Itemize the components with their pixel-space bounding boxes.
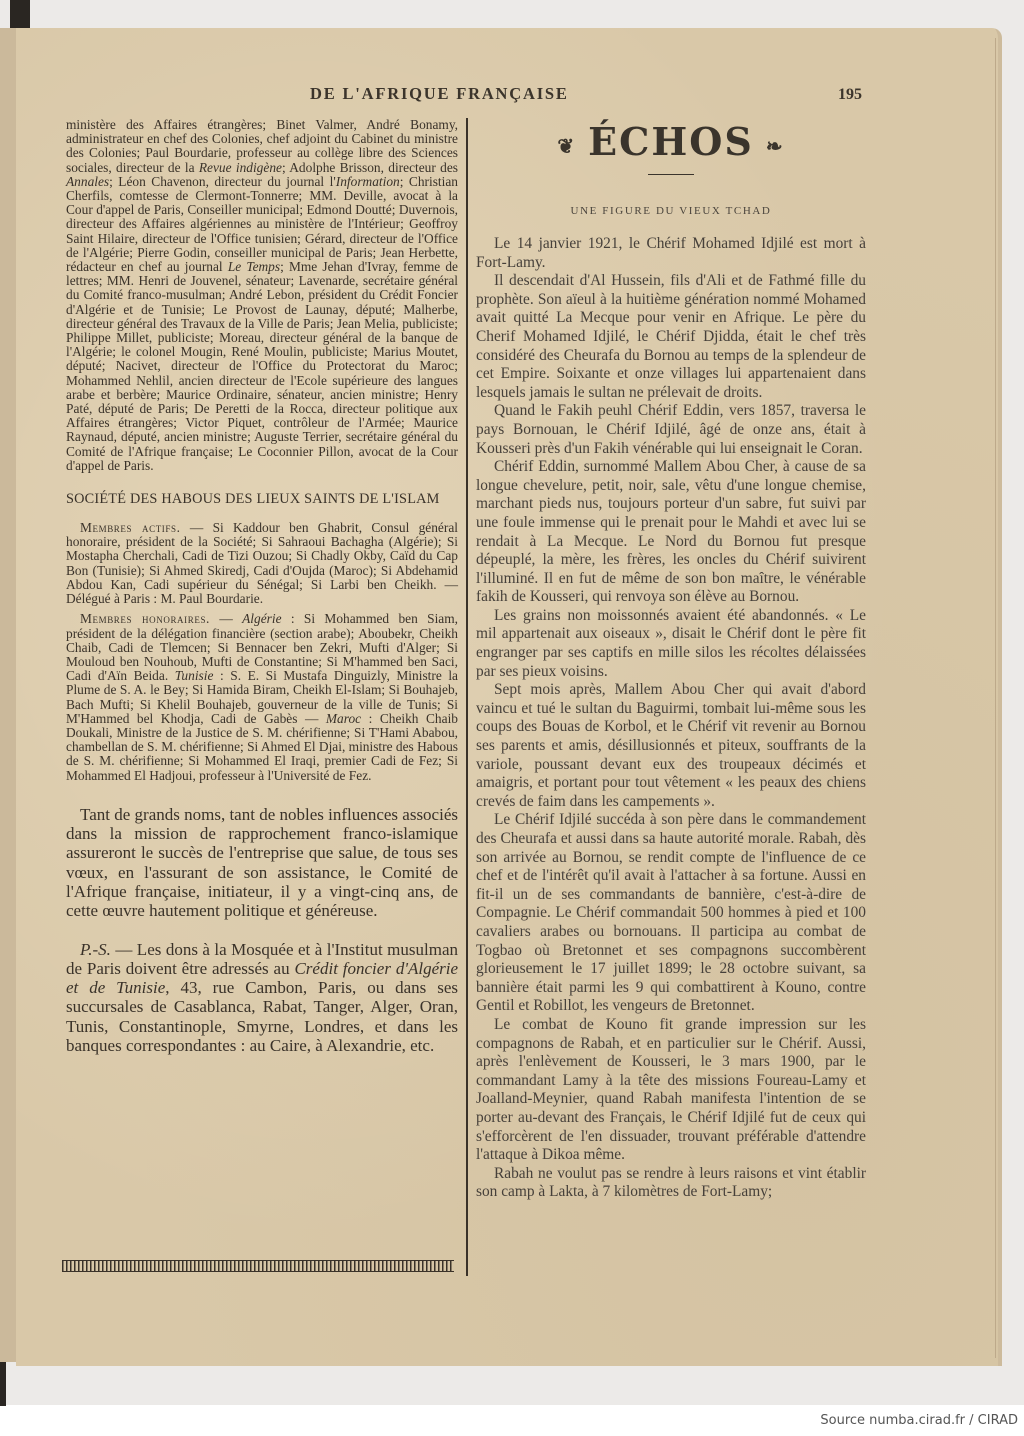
paragraph-label: Membres honoraires. <box>80 611 210 626</box>
article-paragraph: Les grains non moissonnés avaient été ab… <box>476 607 866 681</box>
ornamental-rule <box>62 1260 454 1272</box>
book-spine-shadow <box>10 0 30 30</box>
italic-title: Information <box>336 174 400 189</box>
paragraph-label: Membres actifs. <box>80 520 181 535</box>
italic-title: Revue indigène <box>199 160 282 175</box>
region-label: Tunisie <box>175 668 214 683</box>
fleuron-right-icon: ❧ <box>766 134 785 158</box>
text-run: ; Adolphe Brisson, directeur des <box>282 160 458 175</box>
italic-title: Le Temps <box>228 259 280 274</box>
article-paragraph: Le 14 janvier 1921, le Chérif Mohamed Id… <box>476 235 866 272</box>
article-paragraph: Le Chérif Idjilé succéda à son père dans… <box>476 811 866 1016</box>
region-label: Maroc <box>326 711 361 726</box>
fleuron-left-icon: ❦ <box>557 134 576 158</box>
column-divider <box>466 118 468 1276</box>
region-label: Algérie <box>242 611 281 626</box>
committee-list: ministère des Affaires étrangères; Binet… <box>66 118 458 473</box>
closing-paragraph: Tant de grands noms, tant de nobles infl… <box>66 805 458 921</box>
article-paragraph: Sept mois après, Mallem Abou Cher qui av… <box>476 681 866 811</box>
section-heading: SOCIÉTÉ DES HABOUS DES LIEUX SAINTS DE L… <box>66 491 458 508</box>
article-subtitle: UNE FIGURE DU VIEUX TCHAD <box>476 205 866 217</box>
source-caption: Source numba.cirad.fr / CIRAD <box>820 1413 1018 1428</box>
article-paragraph: Chérif Eddin, surnommé Mallem Abou Cher,… <box>476 458 866 607</box>
text-run: ; Léon Chavenon, directeur du journal l' <box>109 174 336 189</box>
previous-page-edge <box>0 28 17 1362</box>
membres-honoraires-paragraph: Membres honoraires. — Algérie : Si Moham… <box>66 612 458 782</box>
article-paragraph: Rabah ne voulut pas se rendre à leurs ra… <box>476 1165 866 1202</box>
italic-title: Annales <box>66 174 109 189</box>
running-head: DE L'AFRIQUE FRANÇAISE <box>310 84 569 104</box>
text-run: ; Mme Jehan d'Ivray, femme de lettres; M… <box>66 259 458 473</box>
article-paragraph: Quand le Fakih peuhl Chérif Eddin, vers … <box>476 402 866 458</box>
page-edge <box>995 38 996 1358</box>
postscript-paragraph: P.-S. — Les dons à la Mosquée et à l'Ins… <box>66 940 458 1056</box>
page-number: 195 <box>838 86 862 104</box>
membres-actifs-paragraph: Membres actifs. — Si Kaddour ben Ghabrit… <box>66 521 458 606</box>
title-text: ÉCHOS <box>588 119 754 164</box>
right-column: ❦ÉCHOS❧ UNE FIGURE DU VIEUX TCHAD Le 14 … <box>476 118 866 1202</box>
left-column: ministère des Affaires étrangères; Binet… <box>66 118 458 1055</box>
title-rule <box>648 174 694 175</box>
article-paragraph: Le combat de Kouno fit grande impression… <box>476 1016 866 1165</box>
postscript-label: P.-S. <box>80 940 111 959</box>
text-run: — <box>210 611 242 626</box>
section-title: ❦ÉCHOS❧ <box>476 118 866 166</box>
book-spine-shadow-bottom <box>0 1362 6 1406</box>
article-paragraph: Il descendait d'Al Hussein, fils d'Ali e… <box>476 272 866 402</box>
